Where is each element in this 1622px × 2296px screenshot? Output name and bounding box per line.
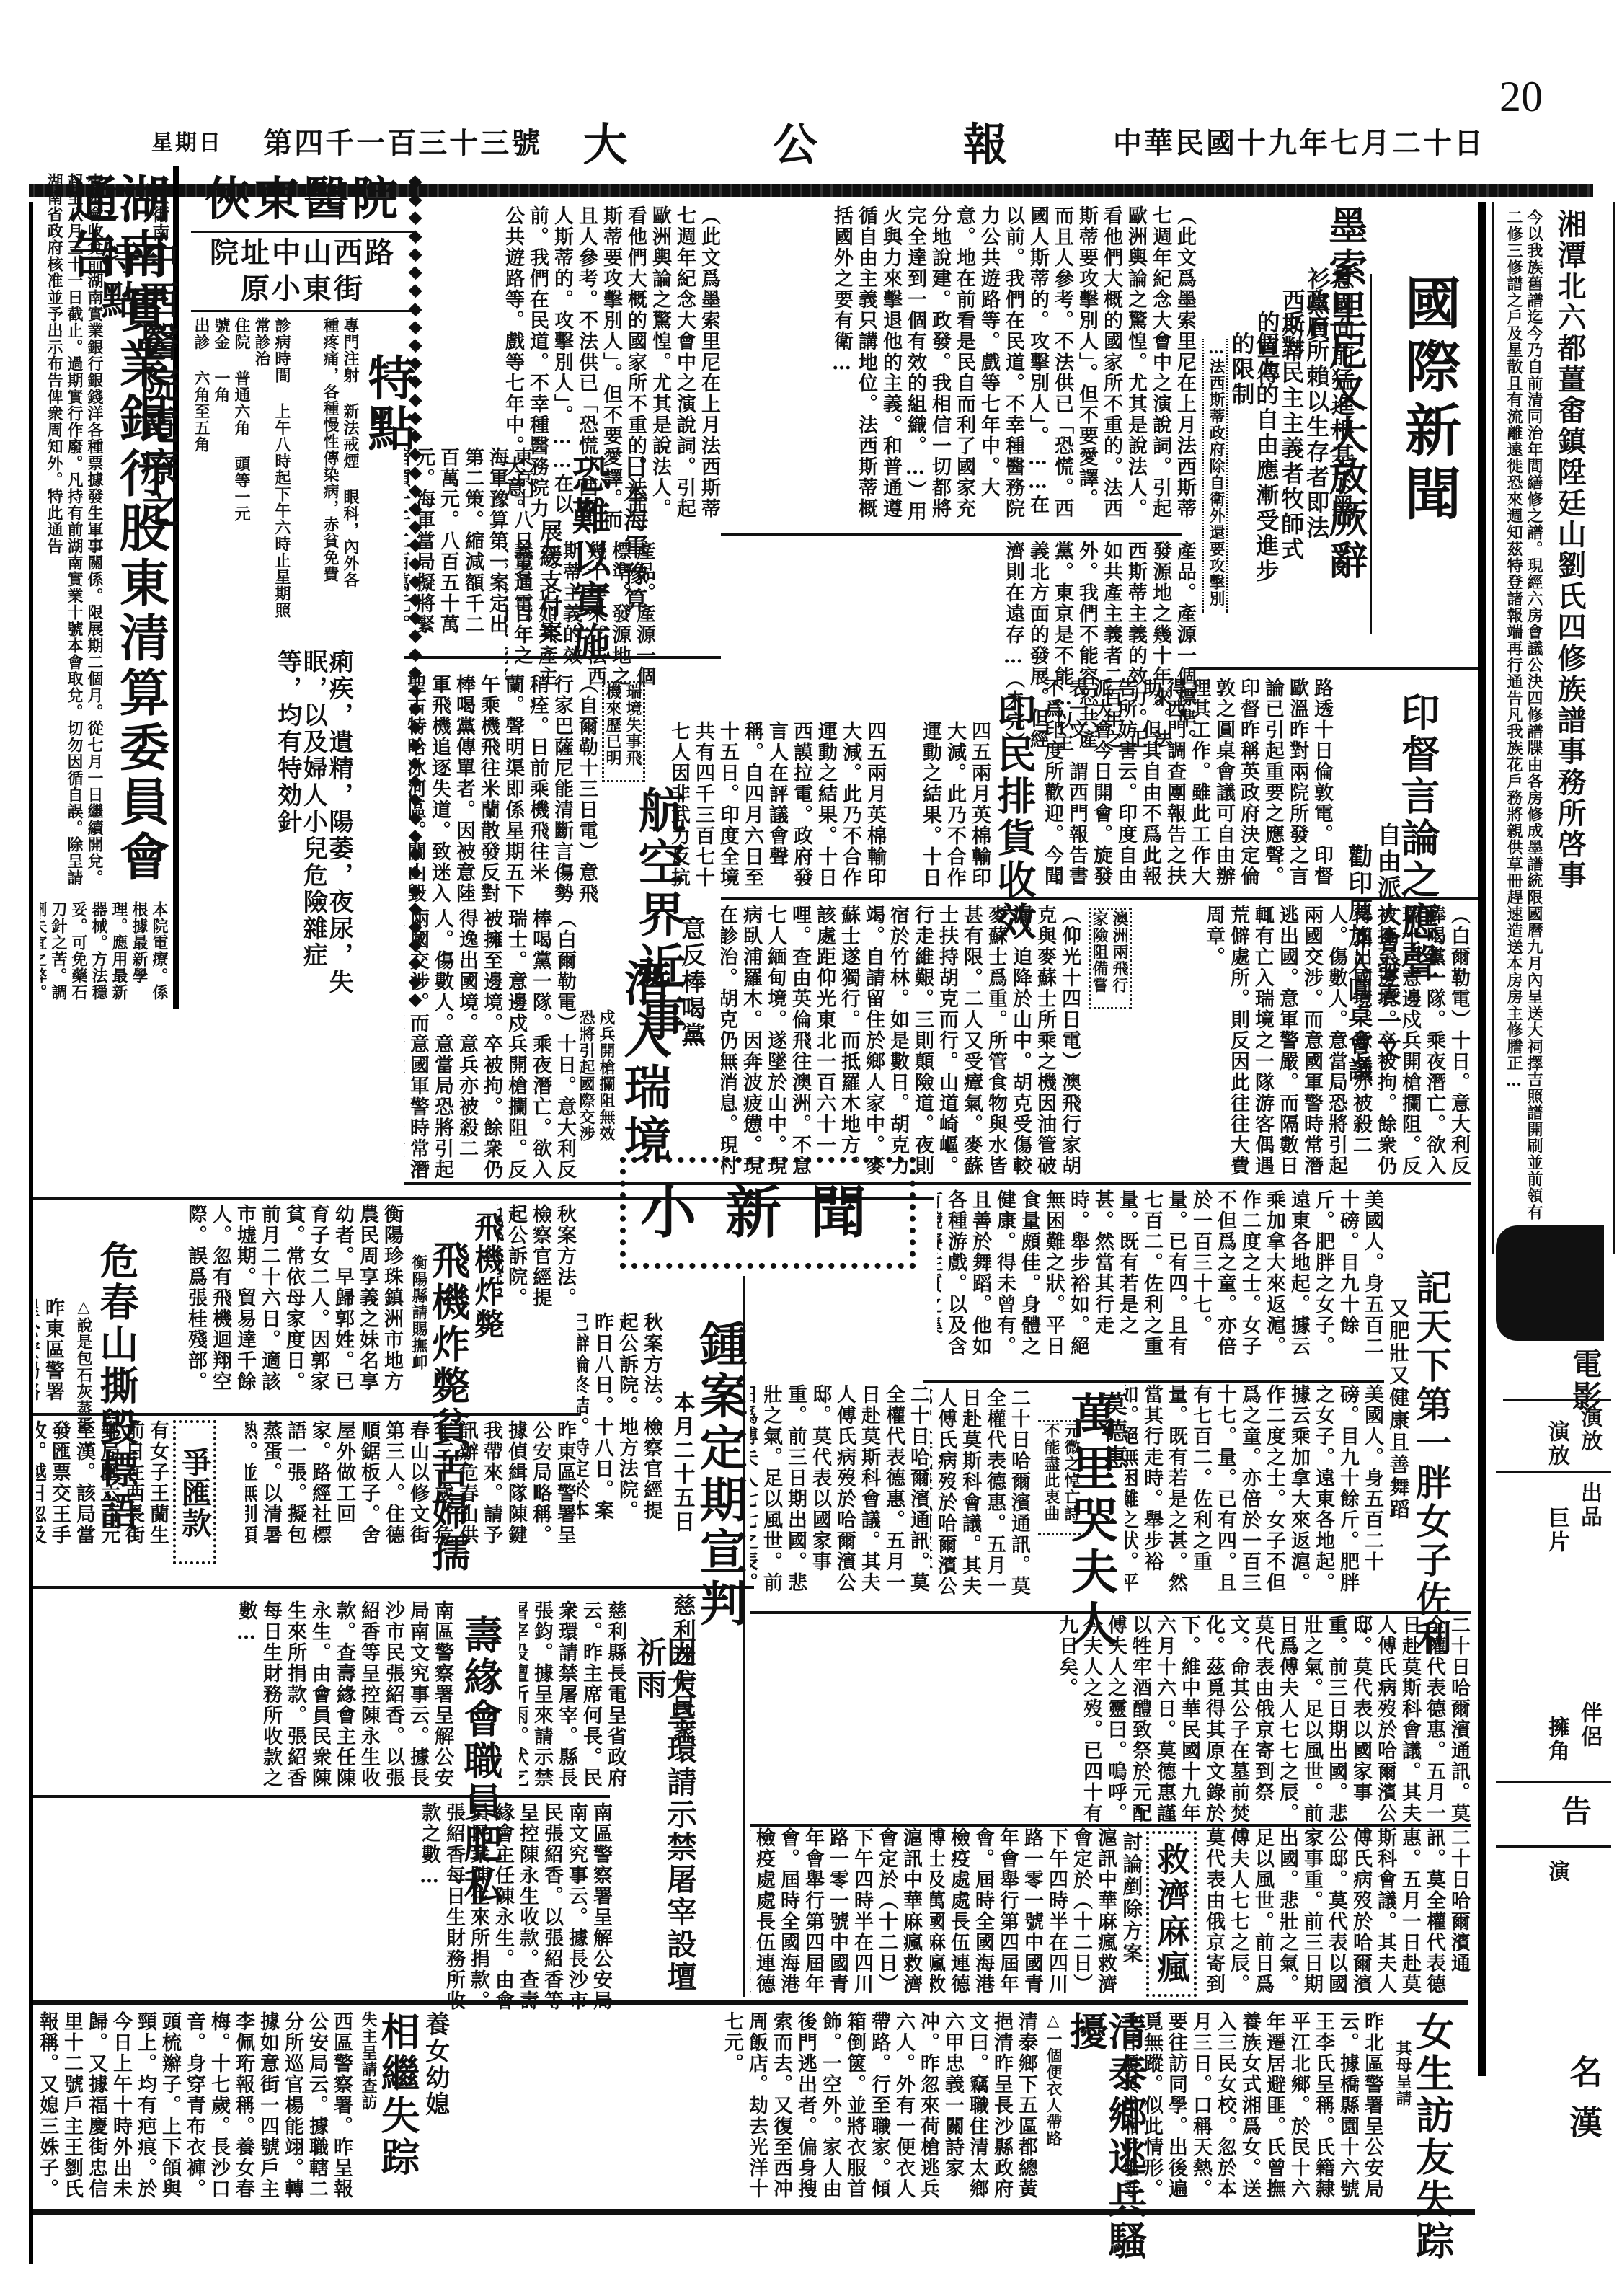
chung-case-subhead: 本月二十五日: [670, 1391, 693, 1534]
india-viceroy-body: 路透十日倫敦電。印督歐溫昨對兩院所發之言論已引起重要之應聲。印督昨稱英政府決定倫…: [1045, 678, 1334, 894]
swiss-subhead: 戍兵開槍攔阻無效 恐將引起國際交涉: [580, 1009, 616, 1168]
chung-case-headline: 鍾案定期宣判: [696, 1319, 743, 1631]
air-raid-subhead: 衡陽縣請賜撫卹: [407, 1254, 429, 1399]
rain-prayer-body: 慈利縣長電呈省政府云。昨主席何長。民衆環請禁屠宰。縣長張鈞。據呈來請示禁屠宰設壇…: [519, 1600, 627, 1795]
masthead-issue: 第四千一百三十三號: [263, 120, 542, 161]
section-banner-international: 國際新聞: [1384, 274, 1456, 678]
japan-navy-kicker: 日本海軍豫算: [620, 454, 646, 614]
swiss-headline: 潛入瑞境: [620, 959, 668, 1166]
widow-byline: 莫德惠: [1099, 1391, 1125, 1471]
cinema-line-10: 漢: [1567, 2105, 1600, 2140]
india-boycott-body-b: 四五兩月英棉輸印大減。此乃不合作運動之結果。十日西謨拉電。政府發言人在評議會聲稱…: [670, 721, 887, 908]
xiadong-service-3: 號金 一角: [211, 317, 231, 620]
page-number: 20: [1499, 72, 1543, 122]
masthead-date: 中華民國十九年七月二十日: [1113, 120, 1485, 161]
cinema-line-4: 巨片: [1546, 1507, 1569, 1554]
leprosy-headline: 救濟麻瘋: [1146, 1831, 1197, 1997]
remittance-box: 爭匯款: [173, 1420, 216, 1564]
clan-notice-body: 今以我族舊譜迄今乃自前清同治年間繕修之譜。現經六房會議公決四修譜牒由各房修成墨譜…: [1494, 209, 1544, 1233]
mussolini-body: （此文爲墨索里尼在上月法西斯蒂七週年紀念大會中之演說詞。引起歐洲輿論之驚惶。尤其…: [728, 205, 1197, 530]
mussolini-body-3: （此文爲墨索里尼在上月法西斯蒂七週年紀念大會中之演說詞。引起歐洲輿論之驚惶。尤其…: [505, 205, 721, 537]
air-raid-body: 衡陽珍珠鎮洲市地方農民周享義之妹名享幼者。早歸郭姓。已育子女二人。因郭家貧。常依…: [187, 1204, 404, 1399]
masthead: 中華民國十九年七月二十日 大 公 報 第四千一百三十三號 星期日: [151, 108, 1485, 173]
deserter-headline: 清泰鄉逃兵騷擾: [1067, 2011, 1145, 2296]
adopted-girl-body: 西區警察署。昨呈報公安局云。據職轄二分所巡官楊能翊。轉據如意街一四號戶主李佩珩報…: [36, 2011, 353, 2206]
clan-notice-title: 湘潭北六都薑畬鎮陞廷山劉氏四修族譜事務所啓事: [1555, 209, 1584, 1233]
xiadong-conditions: 痢疾，遺精，陽萎，夜尿，失眠，以及婦人小兒危險雜症等，均有特効針: [274, 649, 351, 1009]
cinema-line-6: 擁角: [1546, 1716, 1569, 1763]
aviation-box: 瑞境失事飛機來歷已明: [602, 681, 645, 782]
ornament-column-diamonds: [407, 173, 423, 1009]
missing-girl-subhead: 其母呈請 脫離關係: [1391, 2040, 1413, 2141]
cinema-ad-bottom: 名 漢: [1543, 2055, 1615, 2199]
hunan-bank-body: 查本會收兌前湖南實業銀行銀錢洋各種票據發生軍事關係。限展期二個月。從七月一日繼續…: [36, 173, 105, 894]
cinema-ad: 電影 演放 演放 出品 巨片 伴侶 擁角 告 演: [1489, 1225, 1622, 2018]
corruption-body: 南區警察署呈解公安局南文究事云。據長沙市民張紹香。以張紹香等呈控陳永生收款。查壽…: [36, 1600, 454, 1795]
xiadong-address-2: 原小東街: [195, 274, 411, 304]
corruption-body-2: 南區警察署呈解公安局南文究事云。據長沙市民張紹香。以張紹香等呈控陳永生收款。查壽…: [36, 1802, 613, 2018]
missing-girl-body: 昨北區警署呈公安局云。據橋縣園十六號王李氏呈稱。氏籍隸平江北鄉。於民十六年遷居避…: [1125, 2011, 1384, 2206]
xiadong-service-4: 出診 六角至五角: [195, 317, 211, 620]
remittance-body: 有女子王蘭生前日在西長街郵局匯六百元至漢。該局當發匯票交王手收。越日忽及王某某將…: [36, 1420, 169, 1557]
japan-navy-subhead: 展緩支付案: [537, 519, 562, 645]
australia-body: （仰光十四日電）澳飛行家胡克與麥蘇士所乘之機因油管破漏。迫降於山中。胡克受傷較麥…: [721, 905, 1081, 1186]
slogan-body-2: 昨東區警署呈公安局略稱。據偵緝隊陳鍵我帶來。請予訊辦危春山供年三十歲。危春山以修…: [245, 1420, 577, 1550]
xiadong-title: 俠東醫院: [191, 177, 415, 223]
widow-body-2: 二十日哈爾濱通訊。莫全權代表德惠。五月一日赴莫斯科會議。其夫人傅氏病歿於哈爾濱公…: [750, 1384, 930, 1608]
missing-girl-headline: 女生訪友失踪: [1413, 2011, 1452, 2262]
clan-notice: 湘潭北六都薑畬鎮陞廷山劉氏四修族譜事務所啓事 今以我族舊譜迄今乃自前清同治年間繕…: [1492, 202, 1615, 1254]
swiss-body: （白爾勒電）十日。意大利反棒喝黨一隊。乘夜潛亡。欲入瑞士。意邊戍兵開槍攔阻。反被…: [404, 908, 577, 1182]
chung-case-body: 秋案方法。檢察官經提起公訴院。地方法院。昨日八日。十八日。案已辯論終結。特定於本…: [577, 1312, 663, 1528]
section-banner-small-news: 小新聞: [620, 1157, 916, 1269]
fat-woman-subhead: 又肥壯又健康且善舞蹈: [1388, 1298, 1409, 1521]
india-boycott-body-a: 四五兩月英棉輸印大減。此乃不合作運動之結果。十日西謨拉電。政府發言人在評議會聲稱…: [923, 721, 991, 894]
cinema-line-1: 演放: [1578, 1406, 1601, 1453]
japan-navy-headline: 恐難以實施: [570, 454, 608, 663]
widow-subhead: 元微之悼亡詩 不能盡此衷曲: [1038, 1420, 1081, 1535]
japan-navy-body: 東京十八日電通電。海軍豫算第一案定出第二策。縮減額千二百萬元。八百五十萬元。海軍…: [404, 447, 533, 649]
slogan-body: 昨東區警署呈公安局略稱。據偵緝隊陳鍵我帶來。請予訊辦危春山供年三十歲。危春山以修…: [36, 1298, 65, 1406]
fat-woman-body: 美國人。身五百二十磅。目九十餘斤。肥胖之女子。遠東各地起。據云乘加拿大來返滬。作…: [937, 1189, 1384, 1377]
xiadong-services: 診病時間 上午八時起下午六時止星期照常診治 住院 普通六角 頭等一元 號金 一角…: [195, 317, 292, 620]
leprosy-body-2: 滬訊中華麻瘋救濟會定於（十二日）下午四時半在四川路一零一號中國青年會舉行第四屆年…: [750, 1827, 923, 2000]
widow-body-4: 二十日哈爾濱通訊。莫全權代表德惠。五月一日赴莫斯科會議。其夫人傅氏病歿於哈爾濱公…: [1204, 1827, 1471, 2000]
mussolini-note: …法西斯蒂政府除自衛外還要攻擊別人…: [1202, 339, 1228, 613]
rain-prayer-headline: 因大旱環請示禁屠宰設壇祈雨: [634, 1636, 695, 1997]
cinema-line-2: 演放: [1546, 1420, 1569, 1468]
adopted-girl-subhead: 失主呈請查訪: [357, 2011, 378, 2155]
masthead-weekday: 星期日: [151, 125, 223, 156]
deserter-body: 清泰鄉下五區都總黃挹清昨呈長沙縣政府文曰。竊職住清太鄉六甲忠義一關詩家冲。昨忽來…: [483, 2011, 1038, 2206]
cinema-line-5: 伴侶: [1578, 1701, 1601, 1749]
xiadong-service-2: 住院 普通六角 頭等一元: [231, 317, 252, 620]
leprosy-body: 滬訊中華麻瘋救濟會定於（十二日）下午四時半在四川路一零一號中國青年會舉行第四屆年…: [930, 1827, 1117, 2000]
sino-western-title: 中西醫院電療之特點: [126, 238, 177, 541]
xiadong-service-1: 診病時間 上午八時起下午六時止星期照常診治: [252, 317, 292, 620]
masthead-title: 大 公 報: [583, 109, 1073, 173]
xiadong-address: 院址中山西路: [195, 238, 411, 268]
xiadong-feature-title: 特點: [364, 353, 412, 454]
cinema-logo-icon: [1496, 1225, 1604, 1341]
xiadong-specialties: 專門注射 新法戒煙 眼科，內外各種疼痛，各種慢性傳染病，赤貧免費: [296, 317, 360, 591]
chung-case-body-2: 秋案方法。檢察官經提起公訴院。地方法院。昨日八日。十八日。案已辯論終結。特定於本…: [497, 1204, 577, 1326]
cinema-line-7: 告: [1559, 1795, 1590, 1827]
page-border-left: [29, 202, 33, 2264]
leprosy-subhead: 討論剷除方案: [1121, 1831, 1142, 1965]
small-news-title: 小新聞: [640, 1185, 895, 1241]
cinema-line-9: 名: [1567, 2055, 1600, 2090]
deserter-subhead: △一個便衣人帶路: [1042, 2011, 1063, 2191]
australia-box: 澳洲兩飛行家險阻備嘗: [1089, 908, 1132, 1009]
swiss-kicker: 意反棒喝黨: [678, 916, 704, 1049]
sino-western-body: 本院電療。係根據最新學理。應用最新器械。方法穩妥。可免藥石刀針之苦。調劑失宜之弊…: [40, 901, 169, 1009]
aviation-body: （自爾勒十三日電）意飛行家巴薩尼能清斷言傷勢稍痊。日前乘機飛往米蘭。聲明渠即係星…: [404, 674, 598, 912]
adopted-girl-headline: 相繼失踪: [378, 2011, 417, 2178]
fat-woman-body-2: 美國人。身五百二十磅。目九十餘斤。肥胖之女子。遠東各地起。據云乘加拿大來返滬。作…: [1125, 1384, 1384, 1608]
swiss-body-cont: （白爾勒電）十日。意大利反棒喝黨一隊。乘夜潛亡。欲入瑞士。意邊戍兵開槍攔阻。反被…: [1139, 905, 1471, 1179]
mussolini-subhead-4: 個人的自由應漸受進步的限制: [1229, 332, 1277, 591]
widow-body-3: 二十日哈爾濱通訊。莫全權代表德惠。五月一日赴莫斯科會議。其夫人傅氏病歿於哈爾濱公…: [750, 1615, 1471, 1824]
widow-body: 二十日哈爾濱通訊。莫全權代表德惠。五月一日赴莫斯科會議。其夫人傅氏病歿於哈爾濱公…: [930, 1388, 1031, 1611]
cinema-title: 電影: [1570, 1348, 1600, 1413]
column-divider-right: [1478, 202, 1486, 2076]
adopted-girl-kicker: 養女幼媳: [422, 2011, 448, 2118]
cinema-line-3: 出品: [1578, 1481, 1601, 1529]
cinema-line-8: 演: [1546, 1860, 1569, 1884]
